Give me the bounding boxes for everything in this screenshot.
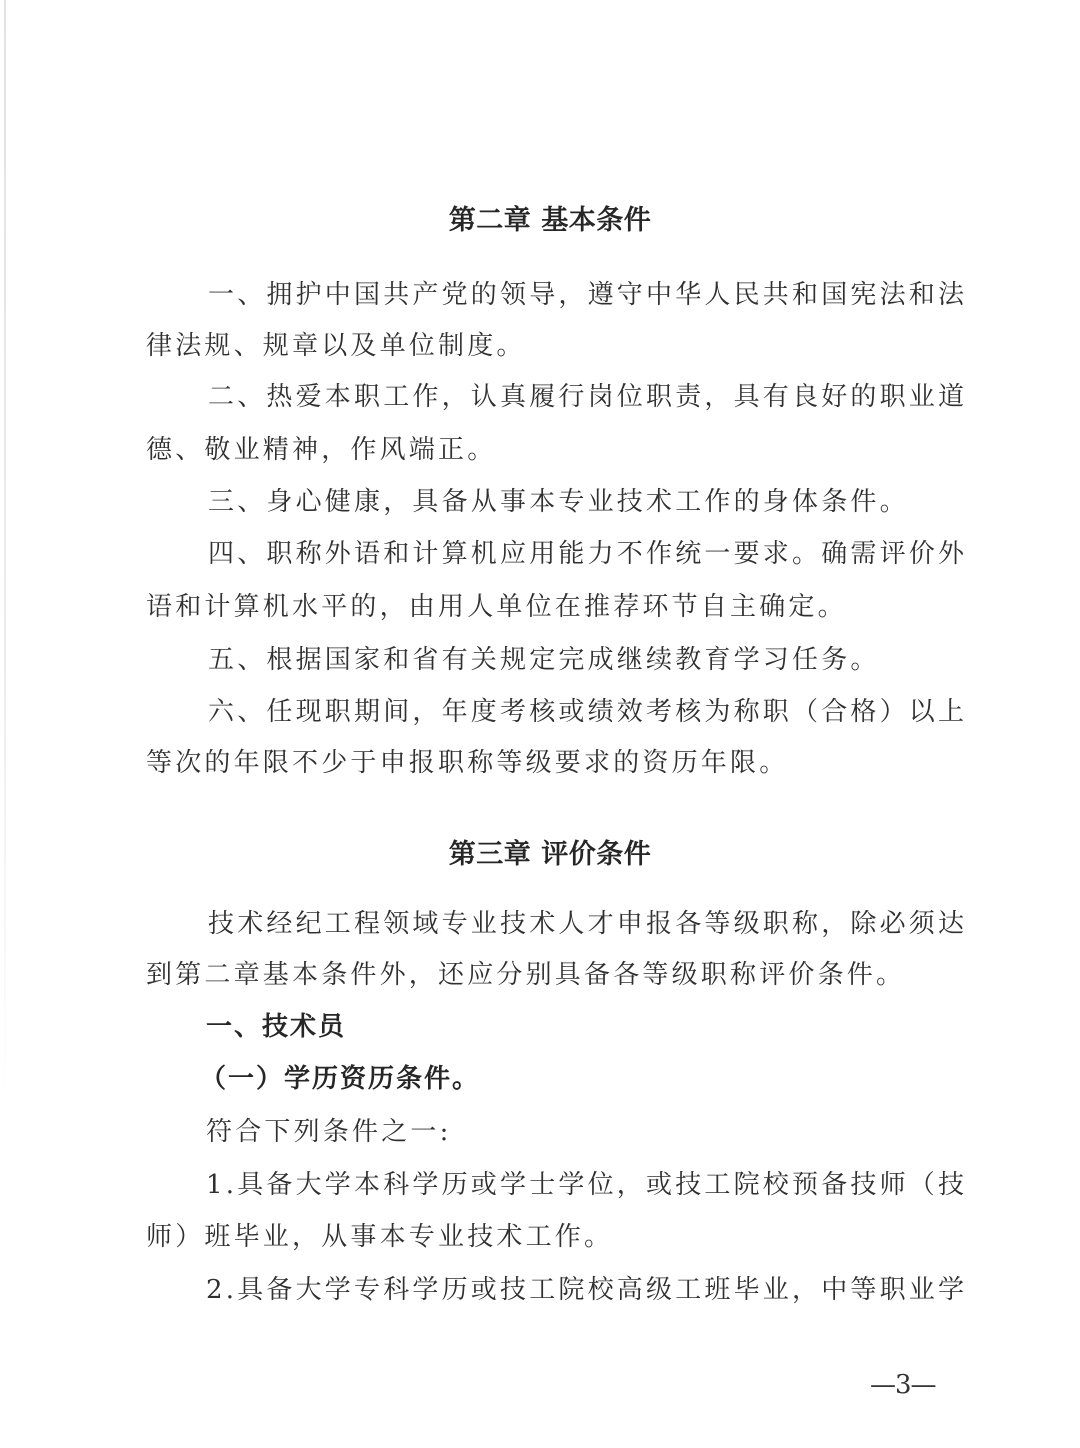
chapter-2-item-6-line-1: 六、任现职期间，年度考核或绩效考核为称职（合格）以上 xyxy=(208,699,967,725)
subsection-education-title: （一）学历资历条件。 xyxy=(200,1066,480,1092)
chapter-2-item-5: 五、根据国家和省有关规定完成继续教育学习任务。 xyxy=(208,647,880,673)
condition-2-line-1: 2.具备大学专科学历或技工院校高级工班毕业，中等职业学 xyxy=(206,1277,967,1303)
condition-lead-text: 符合下列条件之一: xyxy=(206,1119,452,1145)
chapter-2-item-6-line-2: 等次的年限不少于申报职称等级要求的资历年限。 xyxy=(146,750,788,776)
condition-1-line-2: 师）班毕业，从事本专业技术工作。 xyxy=(146,1224,613,1250)
document-page: 第二章 基本条件 一、拥护中国共产党的领导，遵守中华人民共和国宪法和法 律法规、… xyxy=(0,0,1080,1448)
chapter-3-title: 第三章 评价条件 xyxy=(0,832,1080,871)
chapter-2-item-4-line-2: 语和计算机水平的，由用人单位在推荐环节自主确定。 xyxy=(146,594,847,620)
chapter-3-intro-line-1: 技术经纪工程领域专业技术人才申报各等级职称，除必须达 xyxy=(208,911,967,937)
chapter-2-item-2-line-2: 德、敬业精神，作风端正。 xyxy=(146,437,496,463)
chapter-2-item-3: 三、身心健康，具备从事本专业技术工作的身体条件。 xyxy=(208,489,909,515)
chapter-3-intro-line-2: 到第二章基本条件外，还应分别具备各等级职称评价条件。 xyxy=(146,962,905,988)
chapter-2-item-4-line-1: 四、职称外语和计算机应用能力不作统一要求。确需评价外 xyxy=(208,541,967,567)
chapter-2-item-2-line-1: 二、热爱本职工作，认真履行岗位职责，具有良好的职业道 xyxy=(208,384,967,410)
section-technician-title: 一、技术员 xyxy=(206,1014,346,1040)
chapter-2-item-1-line-2: 律法规、规章以及单位制度。 xyxy=(146,333,526,359)
chapter-2-title: 第二章 基本条件 xyxy=(0,198,1080,237)
chapter-2-item-1-line-1: 一、拥护中国共产党的领导，遵守中华人民共和国宪法和法 xyxy=(208,282,967,308)
condition-1-line-1: 1.具备大学本科学历或学士学位，或技工院校预备技师（技 xyxy=(206,1172,967,1198)
page-number: —3— xyxy=(870,1370,936,1400)
